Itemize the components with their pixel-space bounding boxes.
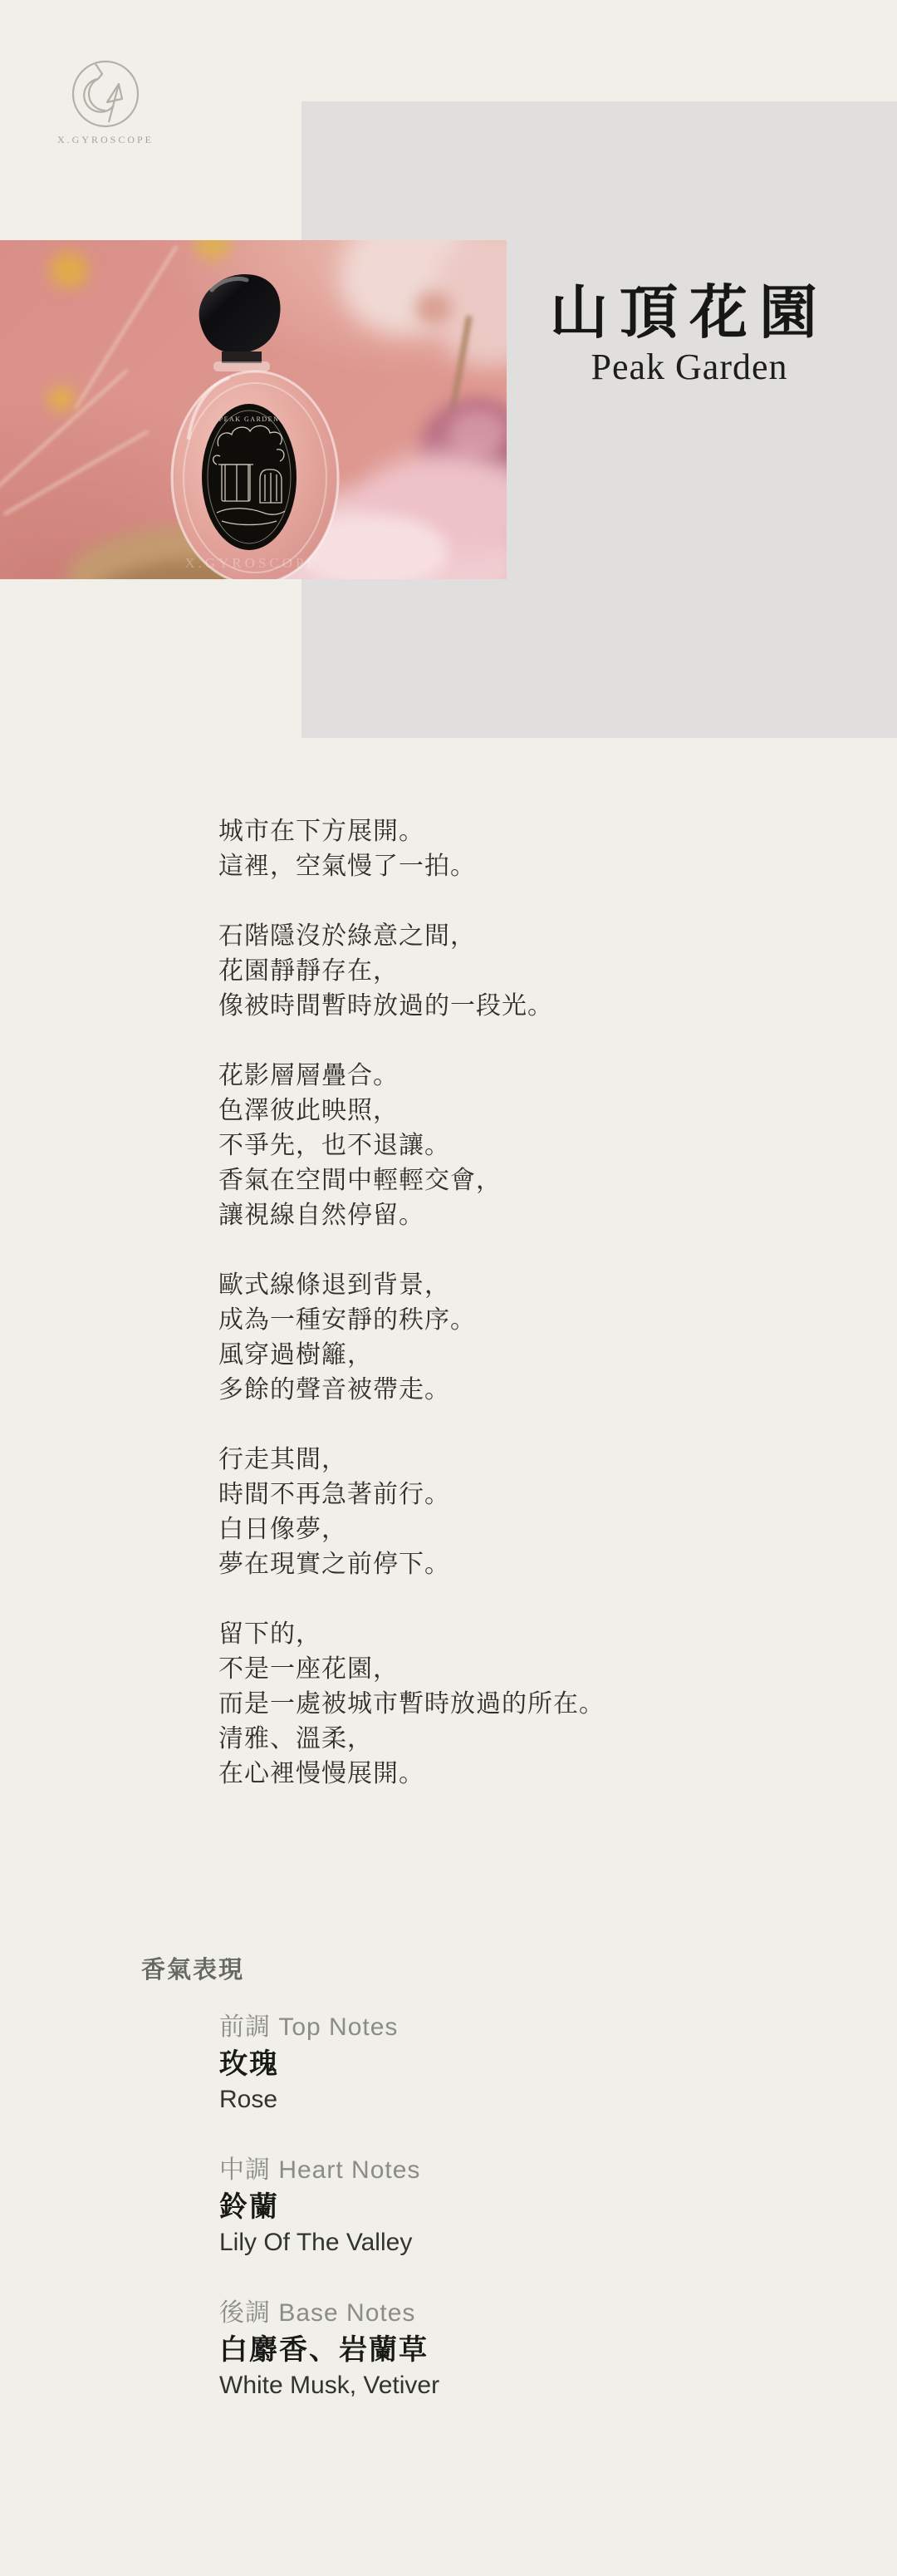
- product-title-en: Peak Garden: [532, 347, 847, 387]
- poem-line: 不爭先，也不退讓。: [218, 1132, 450, 1159]
- brand-logo: [71, 59, 140, 129]
- flower-stem: [74, 246, 177, 410]
- poem-line: 行走其間，: [218, 1446, 347, 1473]
- poem-line: 多餘的聲音被帶走。: [218, 1376, 450, 1404]
- note-group: 前調 Top Notes玫瑰Rose: [219, 2011, 718, 2116]
- rose-mauve-highlight: [448, 410, 507, 456]
- note-group: 後調 Base Notes白麝香、岩蘭草White Musk, Vetiver: [219, 2297, 718, 2401]
- poem-stanza: 石階隱沒於綠意之間，花園靜靜存在，像被時間暫時放過的一段光。: [218, 919, 750, 1024]
- product-title-zh: 山頂花園: [532, 283, 847, 345]
- poem-stanza: 花影層層疊合。色澤彼此映照，不爭先，也不退讓。香氣在空間中輕輕交會，讓視線自然停…: [218, 1059, 750, 1233]
- product-title-block: 山頂花園 Peak Garden: [532, 283, 847, 387]
- poem-line: 時間不再急著前行。: [218, 1481, 450, 1508]
- note-label: 後調 Base Notes: [219, 2297, 718, 2330]
- poem-line: 香氣在空間中輕輕交會，: [218, 1167, 502, 1194]
- poem-line: 讓視線自然停留。: [218, 1202, 424, 1229]
- bottle-label-title: PEAK GARDEN: [219, 415, 280, 423]
- poem-line: 成為一種安靜的秩序。: [218, 1306, 476, 1334]
- poem-line: 歐式線條退到背景，: [218, 1271, 450, 1299]
- craspedia-flower: [195, 240, 230, 260]
- craspedia-flower: [50, 252, 88, 288]
- gyroscope-logo-icon: [71, 59, 140, 129]
- poem-line: 白日像夢，: [218, 1516, 347, 1543]
- poem-line: 清雅、溫柔，: [218, 1725, 373, 1753]
- note-name-zh: 玫瑰: [219, 2046, 718, 2082]
- note-name-en: Lily Of The Valley: [219, 2227, 718, 2259]
- poem-line: 這裡，空氣慢了一拍。: [218, 853, 476, 880]
- orchid-center: [415, 292, 452, 325]
- poem-line: 色澤彼此映照，: [218, 1097, 399, 1124]
- bottle-etched-brand: X.GYROSCOPE: [184, 555, 319, 571]
- note-label: 中調 Heart Notes: [219, 2154, 718, 2187]
- page: X.GYROSCOPE: [0, 0, 897, 2576]
- poem-line: 像被時間暫時放過的一段光。: [218, 992, 553, 1020]
- poem-line: 花園靜靜存在，: [218, 957, 399, 985]
- poem-line: 留下的，: [218, 1620, 321, 1648]
- poem-line: 不是一座花園，: [218, 1655, 399, 1683]
- flower-stem: [3, 430, 149, 516]
- note-group: 中調 Heart Notes鈴蘭Lily Of The Valley: [219, 2154, 718, 2259]
- poem: 城市在下方展開。這裡，空氣慢了一拍。石階隱沒於綠意之間，花園靜靜存在，像被時間暫…: [218, 814, 750, 1792]
- poem-stanza: 留下的，不是一座花園，而是一處被城市暫時放過的所在。清雅、溫柔，在心裡慢慢展開。: [218, 1617, 750, 1792]
- craspedia-flower: [48, 386, 75, 411]
- note-name-zh: 鈴蘭: [219, 2189, 718, 2225]
- note-name-zh: 白麝香、岩蘭草: [219, 2332, 718, 2368]
- perfume-bottle: PEAK GARDEN X.GYROSCOPE: [170, 272, 345, 579]
- notes-section-heading: 香氣表現: [141, 1954, 244, 1986]
- brand-name: X.GYROSCOPE: [39, 134, 172, 146]
- note-groups: 前調 Top Notes玫瑰Rose中調 Heart Notes鈴蘭Lily O…: [219, 2011, 718, 2440]
- product-photo: PEAK GARDEN X.GYROSCOPE: [0, 240, 507, 579]
- poem-line: 而是一處被城市暫時放過的所在。: [218, 1690, 605, 1718]
- poem-line: 花影層層疊合。: [218, 1062, 399, 1089]
- poem-stanza: 歐式線條退到背景，成為一種安靜的秩序。風穿過樹籬，多餘的聲音被帶走。: [218, 1268, 750, 1408]
- poem-stanza: 城市在下方展開。這裡，空氣慢了一拍。: [218, 814, 750, 884]
- poem-line: 城市在下方展開。: [218, 818, 424, 845]
- note-label: 前調 Top Notes: [219, 2011, 718, 2044]
- note-name-en: White Musk, Vetiver: [219, 2370, 718, 2401]
- poem-line: 風穿過樹籬，: [218, 1341, 373, 1369]
- poem-line: 在心裡慢慢展開。: [218, 1760, 424, 1787]
- poem-stanza: 行走其間，時間不再急著前行。白日像夢，夢在現實之前停下。: [218, 1443, 750, 1582]
- poem-line: 石階隱沒於綠意之間，: [218, 922, 476, 950]
- note-name-en: Rose: [219, 2084, 718, 2116]
- poem-line: 夢在現實之前停下。: [218, 1551, 450, 1578]
